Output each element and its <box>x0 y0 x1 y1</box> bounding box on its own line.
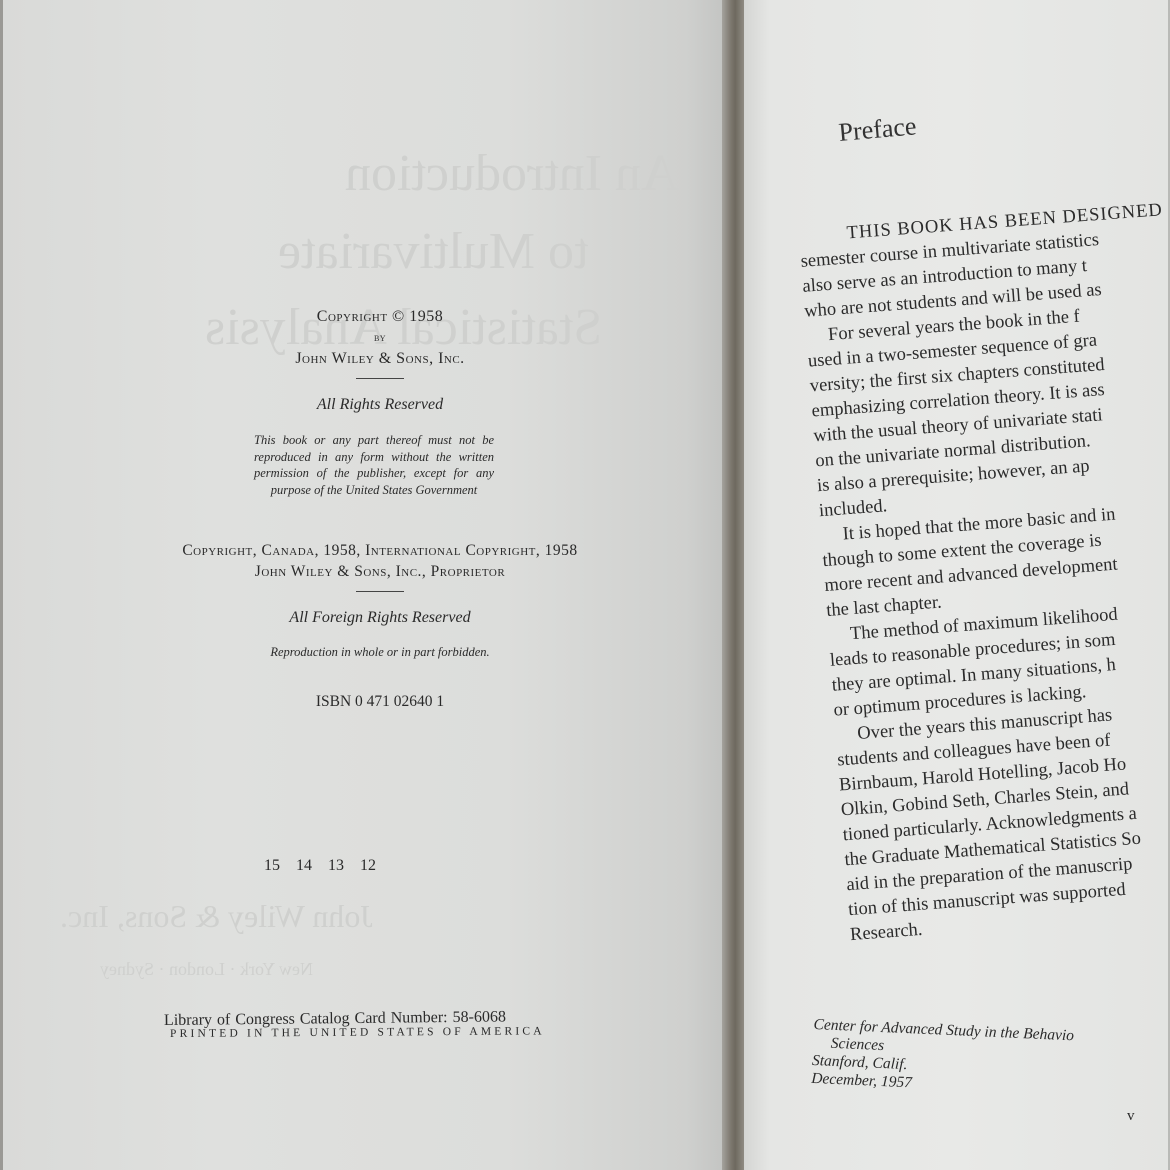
notice-line: This book or any part thereof must not <box>254 433 475 447</box>
isbn: ISBN 0 471 02640 1 <box>130 693 630 711</box>
copyright-line: Copyright © 1958 <box>130 306 630 327</box>
divider <box>356 378 404 379</box>
bleed-through-publisher: John Wiley & Sons, Inc. <box>60 900 373 932</box>
copyright-by: by <box>130 327 630 348</box>
bleed-through-title-line2: to Multivariate <box>278 226 588 278</box>
reproduction-notice: This book or any part thereof must not b… <box>254 432 494 498</box>
proprietor: John Wiley & Sons, Inc., Proprietor <box>130 561 630 582</box>
page-edge <box>0 0 3 1170</box>
publisher-name: John Wiley & Sons, Inc. <box>130 348 630 369</box>
international-copyright-block: Copyright, Canada, 1958, International C… <box>130 540 630 606</box>
international-copyright: Copyright, Canada, 1958, International C… <box>130 540 630 561</box>
bleed-through-title-line1: An Introduction <box>345 148 679 200</box>
reproduction-forbidden: Reproduction in whole or in part forbidd… <box>130 645 630 660</box>
paragraph: Over the years this manuscript has stude… <box>835 691 1170 948</box>
paragraph: For several years the book in the f used… <box>805 293 1170 525</box>
bleed-through-cities: New York · London · Sydney <box>100 960 313 978</box>
preface-body: THIS BOOK HAS BEEN DESIGNED PR semester … <box>798 193 1170 948</box>
copyright-block: Copyright © 1958 by John Wiley & Sons, I… <box>130 306 630 393</box>
left-page-copyright: An Introduction to Multivariate Statisti… <box>0 0 722 1170</box>
page-number: v <box>1127 1108 1135 1125</box>
book-gutter <box>722 0 744 1170</box>
page-title: Preface <box>837 111 917 148</box>
print-line-numbers: 15 14 13 12 <box>264 857 376 875</box>
divider <box>356 591 404 592</box>
printed-in: PRINTED IN THE UNITED STATES OF AMERICA <box>170 1025 545 1040</box>
preface-signature: Center for Advanced Study in the Behavio… <box>811 1016 1074 1099</box>
right-page-preface: Preface THIS BOOK HAS BEEN DESIGNED PR s… <box>744 0 1170 1170</box>
notice-line: States Government <box>383 483 478 497</box>
foreign-rights: All Foreign Rights Reserved <box>130 609 630 627</box>
all-rights-reserved: All Rights Reserved <box>130 396 630 414</box>
